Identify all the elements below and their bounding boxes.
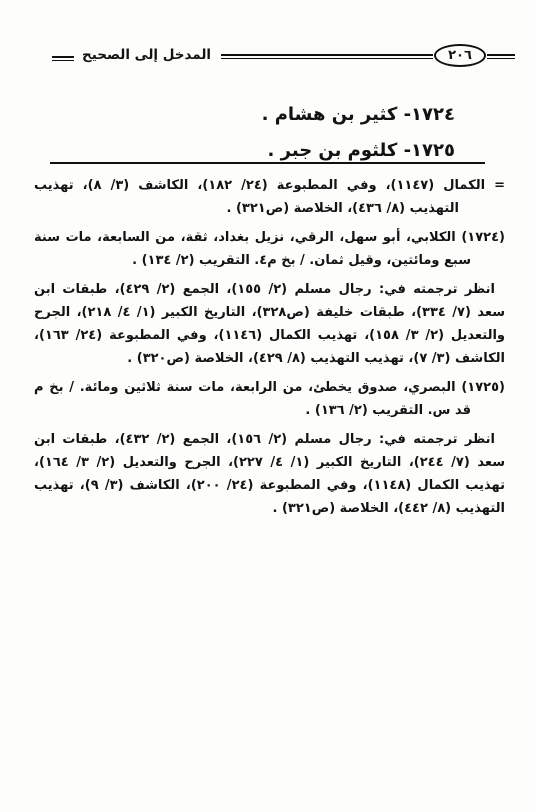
book-page: ٢٠٦ المدخل إلى الصحيح ١٧٢٤- كثير بن هشام…	[0, 0, 535, 812]
page-header: ٢٠٦ المدخل إلى الصحيح	[52, 42, 515, 68]
book-title: المدخل إلى الصحيح	[82, 47, 211, 63]
entry-list: ١٧٢٤- كثير بن هشام . ١٧٢٥- كلثوم بن جبر …	[60, 97, 455, 169]
page-number: ٢٠٦	[448, 48, 472, 63]
footnote-1725: (١٧٢٥) البصري، صدوق يخطئ، من الرابعة، ما…	[34, 376, 505, 422]
footnote-1724-sources: انظر ترجمته في: رجال مسلم (٢/ ١٥٥)، الجم…	[34, 278, 505, 370]
footnote-continuation: = الكمال (١١٤٧)، وفي المطبوعة (٢٤/ ١٨٢)،…	[34, 174, 505, 220]
footnote-separator	[50, 162, 485, 164]
page-number-badge: ٢٠٦	[434, 44, 486, 67]
entry-1724: ١٧٢٤- كثير بن هشام .	[60, 97, 455, 133]
footnote-1724: (١٧٢٤) الكلابي، أبو سهل، الرقي، نزيل بغد…	[34, 226, 505, 272]
header-rule-right	[487, 54, 515, 59]
footnotes: = الكمال (١١٤٧)، وفي المطبوعة (٢٤/ ١٨٢)،…	[34, 174, 505, 526]
footnote-1725-sources: انظر ترجمته في: رجال مسلم (٢/ ١٥٦)، الجم…	[34, 428, 505, 520]
header-rule-left	[52, 56, 74, 61]
header-rule-long	[221, 54, 433, 59]
